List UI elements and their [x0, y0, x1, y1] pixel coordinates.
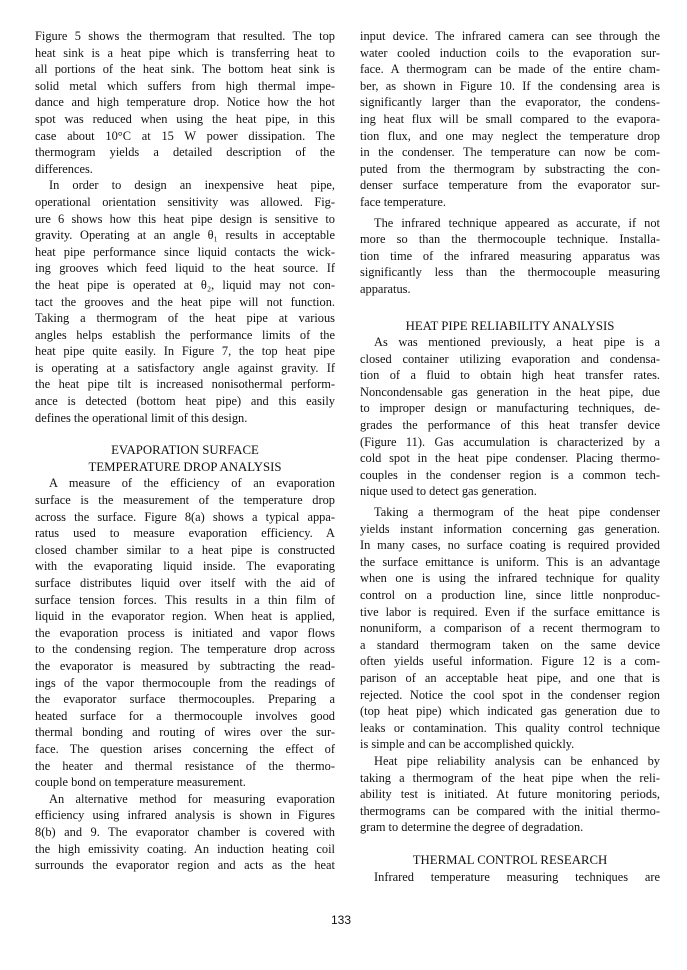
- left-column: Figure 5 shows the thermogram that resul…: [35, 28, 335, 874]
- text-line: heat pipe quite easily. In Figure 7, the…: [35, 343, 335, 360]
- paragraph-evaporation-measure: A measure of the efficiency of an evapor…: [35, 475, 335, 790]
- text-line: rejected. Notice the cool spot in the co…: [360, 687, 660, 704]
- text-line: thermograms can be compared with the ini…: [360, 803, 660, 820]
- paragraph-reliability-monitoring: Heat pipe reliability analysis can be en…: [360, 753, 660, 836]
- text-line: case about 10°C at 15 W power dissipatio…: [35, 128, 335, 145]
- text-line: thermal bonding and routing of wires ove…: [35, 724, 335, 741]
- text-line: yields instant information concerning ga…: [360, 521, 660, 538]
- spacer: [360, 836, 660, 852]
- text-line: control on a production line, since litt…: [360, 587, 660, 604]
- text-line: the evaporation process is initiated and…: [35, 625, 335, 642]
- text-line: ing grooves which feed liquid to the hea…: [35, 260, 335, 277]
- text-line: water cooled induction coils to the evap…: [360, 45, 660, 62]
- text-line: surface distributes liquid over itself w…: [35, 575, 335, 592]
- text-line: ings of the vapor thermocouple from the …: [35, 675, 335, 692]
- text-line: the heat pipe is operated at θ₂, liquid …: [35, 277, 335, 294]
- text-line: the heat pipe tilt is increased nonisoth…: [35, 376, 335, 393]
- text-line: leaks or contamination. This quality con…: [360, 720, 660, 737]
- text-line: ance is detected (bottom heat pipe) and …: [35, 393, 335, 410]
- text-line: in the condenser. The temperature can no…: [360, 144, 660, 161]
- paragraph-heat-sink-thermogram: Figure 5 shows the thermogram that resul…: [35, 28, 335, 177]
- text-line: A measure of the efficiency of an evapor…: [35, 475, 335, 492]
- text-line: Taking a thermogram of the heat pipe at …: [35, 310, 335, 327]
- text-line: across the surface. Figure 8(a) shows a …: [35, 509, 335, 526]
- text-line: grades the performance of this heat tran…: [360, 417, 660, 434]
- text-line: denser surface temperature from the evap…: [360, 177, 660, 194]
- text-line: operational orientation sensitivity was …: [35, 194, 335, 211]
- text-line: puted from the thermogram by substractin…: [360, 161, 660, 178]
- paragraph-condenser-thermogram: Taking a thermogram of the heat pipe con…: [360, 504, 660, 753]
- text-line: the evaporator is measured by subtractin…: [35, 658, 335, 675]
- text-line: Taking a thermogram of the heat pipe con…: [360, 504, 660, 521]
- text-line: input device. The infrared camera can se…: [360, 28, 660, 45]
- text-line: significantly larger than the evaporator…: [360, 94, 660, 111]
- text-line: couples in the condenser region is a com…: [360, 467, 660, 484]
- text-line: tive labor is required. Even if the surf…: [360, 604, 660, 621]
- section-heading-reliability: HEAT PIPE RELIABILITY ANALYSIS: [360, 318, 660, 335]
- text-line: (top heat pipe) which indicated gas gene…: [360, 703, 660, 720]
- text-line: is simple and can be accomplished quickl…: [360, 736, 660, 753]
- text-line: all portions of the heat sink. The botto…: [35, 61, 335, 78]
- text-line: parison of an acceptable heat pipe, and …: [360, 670, 660, 687]
- text-line: closed container utilizing evaporation a…: [360, 351, 660, 368]
- text-line: liquid in the evaporator region. When he…: [35, 608, 335, 625]
- text-line: with the evaporating liquid inside. The …: [35, 558, 335, 575]
- text-line: As was mentioned previously, a heat pipe…: [360, 334, 660, 351]
- text-line: Figure 5 shows the thermogram that resul…: [35, 28, 335, 45]
- spacer: [360, 298, 660, 318]
- text-line: In many cases, no surface coating is req…: [360, 537, 660, 554]
- text-line: ability test is initiated. At future mon…: [360, 786, 660, 803]
- paragraph-infrared-camera: input device. The infrared camera can se…: [360, 28, 660, 211]
- text-line: significantly less than the thermocouple…: [360, 264, 660, 281]
- text-line: An alternative method for measuring evap…: [35, 791, 335, 808]
- section-heading-evaporation-1: EVAPORATION SURFACE: [35, 442, 335, 459]
- text-line: more so than the thermocouple technique.…: [360, 231, 660, 248]
- text-line: face. The question arises concerning the…: [35, 741, 335, 758]
- text-line: tion of a fluid to obtain high heat tran…: [360, 367, 660, 384]
- section-heading-thermal-control: THERMAL CONTROL RESEARCH: [360, 852, 660, 869]
- text-line: 8(b) and 9. The evaporator chamber is co…: [35, 824, 335, 841]
- text-line: nonuniform, a comparison of a recent the…: [360, 620, 660, 637]
- paragraph-orientation-sensitivity: In order to design an inexpensive heat p…: [35, 177, 335, 426]
- text-line: the surface emittance is uniform. This i…: [360, 554, 660, 571]
- text-line: cold spot in the heat pipe condenser. Pl…: [360, 450, 660, 467]
- paragraph-infrared-alternative: An alternative method for measuring evap…: [35, 791, 335, 874]
- text-line: tion flux, and one may neglect the tempe…: [360, 128, 660, 145]
- text-line: surface tension forces. This results in …: [35, 592, 335, 609]
- text-line: the evaporator surface thermocouples. Pr…: [35, 691, 335, 708]
- text-line: The infrared technique appeared as accur…: [360, 215, 660, 232]
- text-line: when one is using the infrared technique…: [360, 570, 660, 587]
- text-line: dance and high temperature drop. Notice …: [35, 94, 335, 111]
- paragraph-technique-accuracy: The infrared technique appeared as accur…: [360, 215, 660, 298]
- text-line: gravity. Operating at an angle θ₁ result…: [35, 227, 335, 244]
- text-line: efficiency using infrared analysis is sh…: [35, 807, 335, 824]
- text-line: taking a thermogram of the heat pipe whe…: [360, 770, 660, 787]
- text-line: spot was reduced when using the heat pip…: [35, 111, 335, 128]
- text-line: tact the grooves and the heat pipe will …: [35, 294, 335, 311]
- text-line: ure 6 shows how this heat pipe design is…: [35, 211, 335, 228]
- text-line: (Figure 11). Gas accumulation is charact…: [360, 434, 660, 451]
- paragraph-gas-generation: As was mentioned previously, a heat pipe…: [360, 334, 660, 500]
- text-line: the high emissivity coating. An inductio…: [35, 841, 335, 858]
- text-line: is operating at a satisfactory angle aga…: [35, 360, 335, 377]
- text-line: heated surface for a thermocouple involv…: [35, 708, 335, 725]
- text-line: often yields useful information. Figure …: [360, 653, 660, 670]
- text-line: gram to determine the degree of degradat…: [360, 819, 660, 836]
- text-line: face. A thermogram can be made of the en…: [360, 61, 660, 78]
- text-line: In order to design an inexpensive heat p…: [35, 177, 335, 194]
- text-line: surrounds the evaporator region and acts…: [35, 857, 335, 874]
- text-line: to the condensing region. The temperatur…: [35, 641, 335, 658]
- text-line: tion time of the infrared measuring appa…: [360, 248, 660, 265]
- page-number: 133: [331, 913, 351, 927]
- section-heading-evaporation-2: TEMPERATURE DROP ANALYSIS: [35, 459, 335, 476]
- text-line: defines the operational limit of this de…: [35, 410, 335, 427]
- text-line: Heat pipe reliability analysis can be en…: [360, 753, 660, 770]
- text-line: ing heat flux will be small compared to …: [360, 111, 660, 128]
- text-line: to improper design or manufacturing tech…: [360, 400, 660, 417]
- text-line: apparatus.: [360, 281, 660, 298]
- text-line: ratus used to measure evaporation effici…: [35, 525, 335, 542]
- paragraph-thermal-control: Infrared temperature measuring technique…: [360, 869, 660, 886]
- text-line: the heater and thermal resistance of the…: [35, 758, 335, 775]
- text-line: thermogram yields a detailed description…: [35, 144, 335, 161]
- text-line: closed chamber similar to a heat pipe is…: [35, 542, 335, 559]
- right-column: input device. The infrared camera can se…: [360, 28, 660, 885]
- text-line: surface is the measurement of the temper…: [35, 492, 335, 509]
- text-line: solid metal which suffers from high ther…: [35, 78, 335, 95]
- text-line: Noncondensable gas generation in the hea…: [360, 384, 660, 401]
- text-line: nique used to detect gas generation.: [360, 483, 660, 500]
- text-line: angles helps establish the performance l…: [35, 327, 335, 344]
- text-line: heat sink is a heat pipe which is transf…: [35, 45, 335, 62]
- text-line: face temperature.: [360, 194, 660, 211]
- spacer: [35, 426, 335, 442]
- text-line: a standard thermogram taken on the same …: [360, 637, 660, 654]
- text-line: Infrared temperature measuring technique…: [360, 869, 660, 886]
- text-line: differences.: [35, 161, 335, 178]
- text-line: ber, as shown in Figure 10. If the conde…: [360, 78, 660, 95]
- text-line: couple bond on temperature measurement.: [35, 774, 335, 791]
- text-line: heat pipe performance since liquid conta…: [35, 244, 335, 261]
